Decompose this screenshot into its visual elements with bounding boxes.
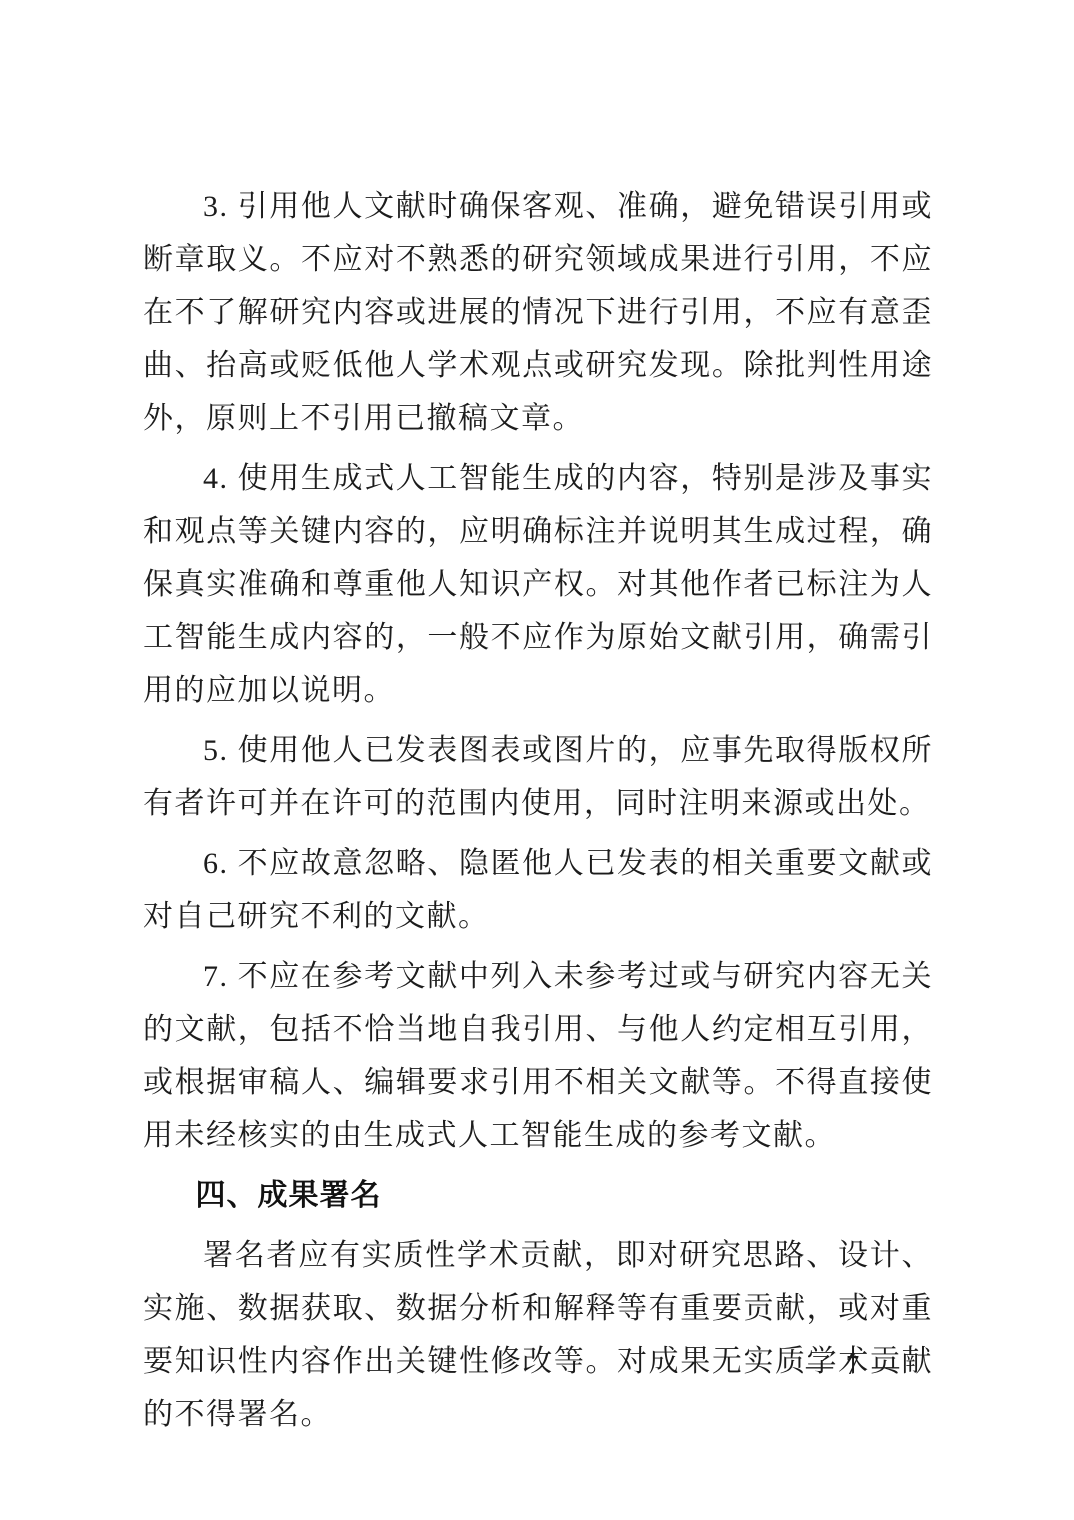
paragraph-published-figures-permission: 5. 使用他人已发表图表或图片的，应事先取得版权所有者许可并在许可的范围内使用，…: [143, 724, 933, 830]
paragraph-no-omitting-literature: 6. 不应故意忽略、隐匿他人已发表的相关重要文献或对自己研究不利的文献。: [143, 837, 933, 943]
paragraph-reference-list-integrity: 7. 不应在参考文献中列入未参考过或与研究内容无关的文献，包括不恰当地自我引用、…: [143, 950, 933, 1162]
paragraph-citation-accuracy: 3. 引用他人文献时确保客观、准确，避免错误引用或断章取义。不应对不熟悉的研究领…: [143, 180, 933, 445]
section-heading-authorship: 四、成果署名: [143, 1169, 933, 1222]
page-number: — 7 —: [806, 1350, 902, 1381]
document-body: 3. 引用他人文献时确保客观、准确，避免错误引用或断章取义。不应对不熟悉的研究领…: [143, 180, 933, 1448]
paragraph-authorship-contribution: 署名者应有实质性学术贡献，即对研究思路、设计、实施、数据获取、数据分析和解释等有…: [143, 1229, 933, 1441]
document-page: 3. 引用他人文献时确保客观、准确，避免错误引用或断章取义。不应对不熟悉的研究领…: [0, 0, 1074, 1520]
paragraph-ai-generated-content: 4. 使用生成式人工智能生成的内容，特别是涉及事实和观点等关键内容的，应明确标注…: [143, 452, 933, 717]
